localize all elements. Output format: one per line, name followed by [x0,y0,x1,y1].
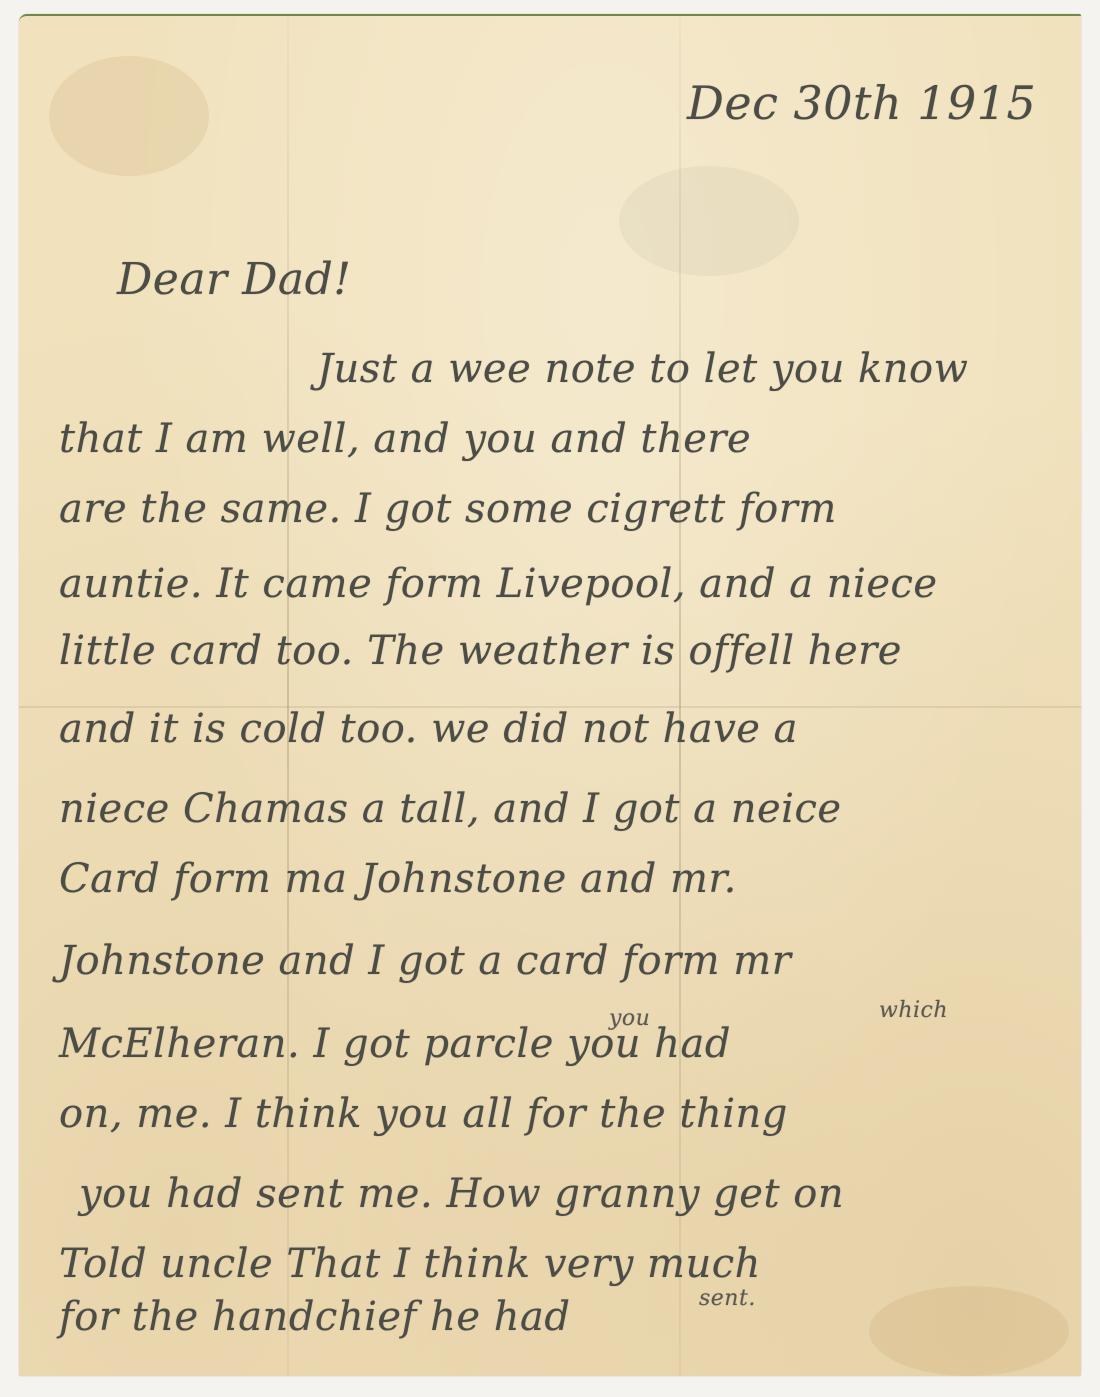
letter-line-9: Johnstone and I got a card form mr [59,938,791,984]
paper-stain [49,56,209,176]
letter-line-3: are the same. I got some cigrett form [59,486,837,532]
letter-paper: Dec 30th 1915 Dear Dad! Just a wee note … [19,14,1081,1376]
letter-date: Dec 30th 1915 [687,76,1036,130]
letter-line-5: little card too. The weather is offell h… [59,628,902,674]
insertion-sent: sent. [699,1286,756,1311]
insertion-which: which [879,998,948,1023]
letter-line-1: Just a wee note to let you know [317,346,968,392]
letter-line-4: auntie. It came form Livepool, and a nie… [59,561,938,607]
letter-line-13: Told uncle That I think very much [59,1241,761,1287]
letter-line-6: and it is cold too. we did not have a [59,706,798,752]
paper-stain [869,1286,1069,1376]
letter-line-2: that I am well, and you and there [59,416,751,462]
letter-line-10: McElheran. I got parcle you had [59,1021,731,1067]
salutation: Dear Dad! [117,254,351,305]
letter-line-7: niece Chamas a tall, and I got a neice [59,786,842,832]
letter-line-14: for the handchief he had [59,1294,570,1340]
letter-line-8: Card form ma Johnstone and mr. [59,856,737,902]
letter-line-11: on, me. I think you all for the thing [59,1091,788,1137]
paper-smudge [619,166,799,276]
letter-line-12: you had sent me. How granny get on [79,1171,844,1217]
